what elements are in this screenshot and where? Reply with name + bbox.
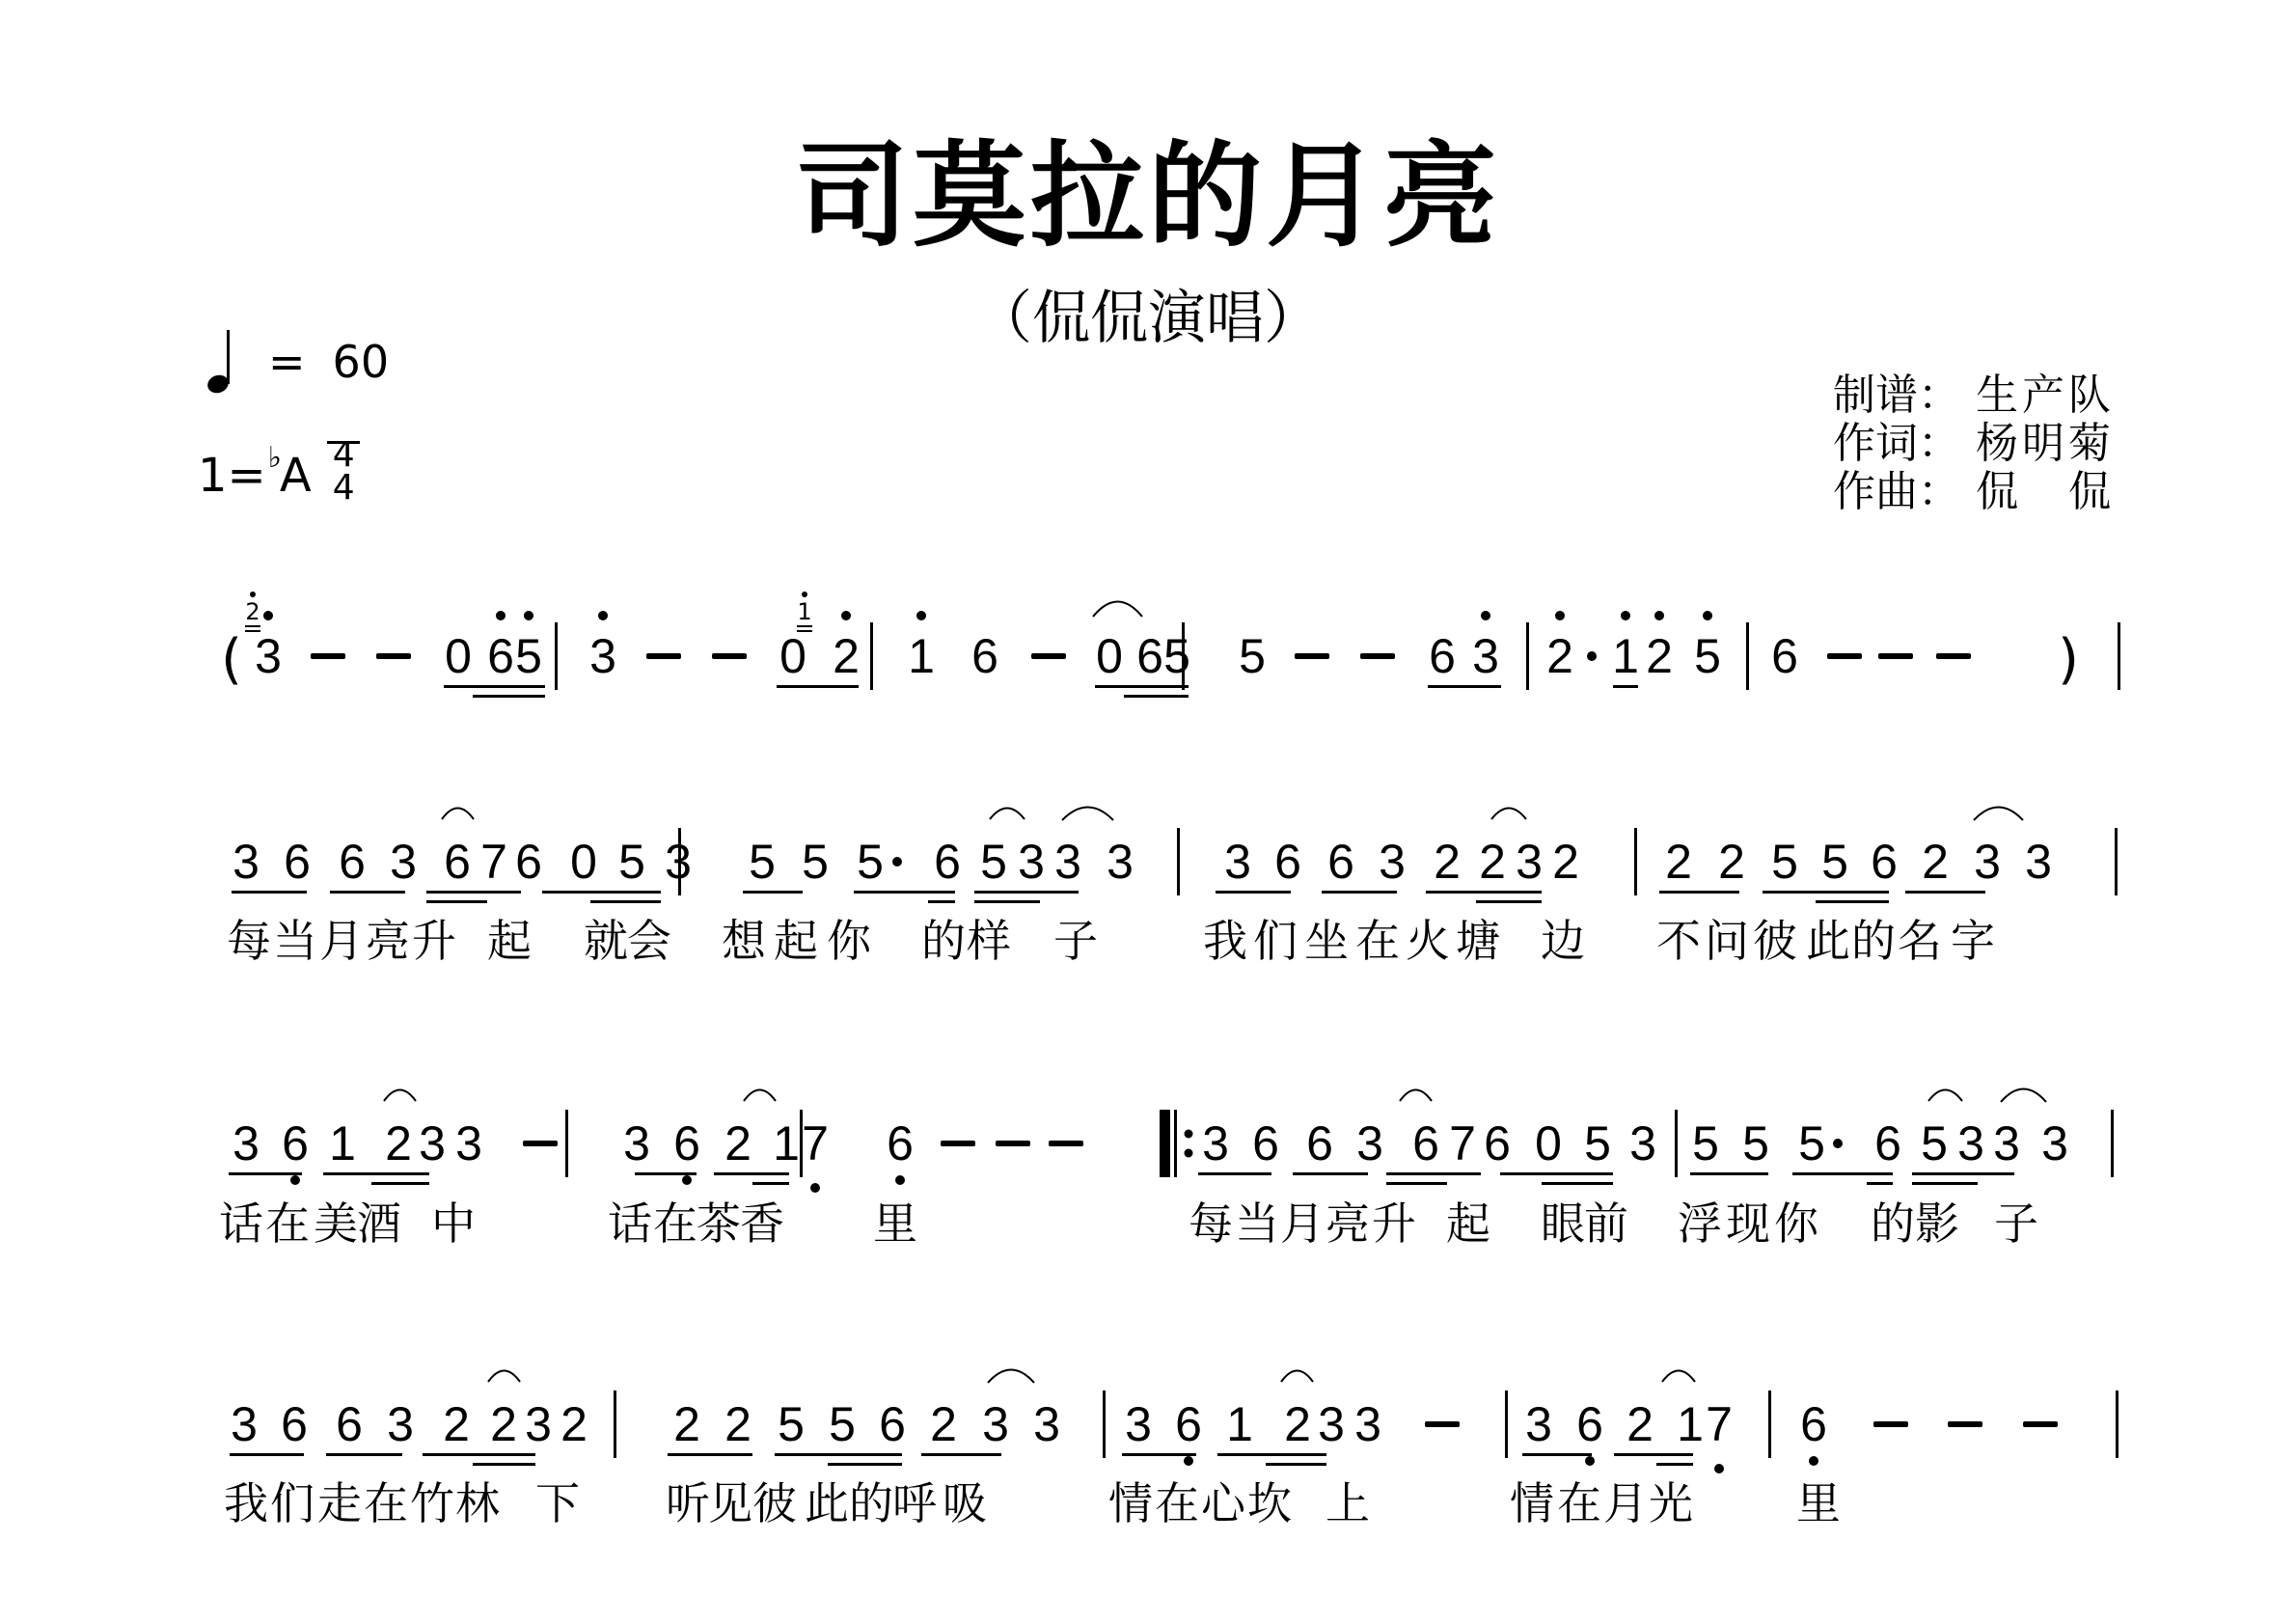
beam-underline [1217, 1453, 1326, 1456]
lyric-char: 升 [412, 914, 456, 968]
beam-underline [1122, 1453, 1196, 1456]
lyric-char: 吸 [943, 1476, 987, 1530]
bar-line [1526, 622, 1529, 690]
octave-dot-low [810, 1183, 820, 1193]
lyric-char: 当 [1235, 1197, 1279, 1251]
bar-line [614, 1390, 616, 1458]
parenthesis: ( [221, 631, 242, 689]
octave-dot-high [1654, 611, 1664, 620]
lyric-char: 竹 [410, 1476, 454, 1530]
lyric-char: 就 [584, 914, 628, 968]
lyric-char: 眼 [1541, 1197, 1585, 1251]
note: 5 [1795, 1115, 1828, 1172]
lyric-char: 的 [921, 914, 966, 968]
beam-underline [1095, 685, 1189, 688]
time-divider [327, 441, 360, 444]
beam-underline [777, 685, 859, 688]
note: 5 [977, 833, 1010, 891]
note: 3 [252, 627, 285, 685]
lyric-char: 子 [1994, 1197, 2038, 1251]
lyric-char: 你 [1774, 1197, 1818, 1251]
repeat-dot [1185, 1149, 1193, 1158]
tempo-marking: = 60 [203, 328, 389, 396]
note: 6 [876, 1395, 909, 1453]
grace-note: 2 [245, 600, 260, 623]
note: 6 [512, 833, 545, 891]
beam-underline [542, 891, 661, 894]
note: 3 [384, 1395, 417, 1453]
lyric-char: 酒 [357, 1197, 401, 1251]
note: 7 [1703, 1395, 1736, 1453]
note: 5 [1768, 833, 1801, 891]
lyric-char: 此 [805, 1476, 849, 1530]
octave-dot-high [524, 611, 533, 620]
dash-extension [712, 653, 747, 659]
note: 5 [1689, 1115, 1722, 1172]
note: 3 [1522, 1395, 1555, 1453]
note: 0 [442, 627, 475, 685]
note: 5 [615, 833, 648, 891]
note: 3 [230, 1115, 262, 1172]
lyric-char: 在 [1155, 1476, 1199, 1530]
beam-underline [1198, 1172, 1271, 1175]
lyric-char: 心 [1201, 1476, 1245, 1530]
note: 3 [1954, 1115, 1987, 1172]
tempo-equals: = [268, 336, 306, 388]
lyric-char: 当 [273, 914, 317, 968]
lyric-char: 每 [227, 914, 271, 968]
note: 5 [1918, 1115, 1951, 1172]
lyric-char: 听 [666, 1476, 710, 1530]
bar-line [1505, 1390, 1508, 1458]
lyric-char: 在 [265, 1197, 310, 1251]
octave-dot-low [1585, 1456, 1595, 1466]
slur [1927, 1087, 1963, 1101]
lyric-char: 话 [608, 1197, 652, 1251]
bar-line [678, 828, 681, 895]
key-signature: 1= ♭ A 4 4 [198, 449, 355, 505]
dash-extension [1049, 1141, 1083, 1146]
beam-underline [1426, 891, 1542, 894]
note: 3 [416, 1115, 449, 1172]
lyric-char: 在 [1355, 914, 1400, 968]
beam-underline [326, 1453, 402, 1456]
lyric-char: 起 [774, 914, 818, 968]
dash-extension [2023, 1421, 2058, 1427]
dash-extension [1425, 1421, 1460, 1427]
note: 0 [1093, 627, 1126, 685]
credit-row: 作词：杨明菊 [1833, 420, 2111, 468]
lyric-char: 光 [1649, 1476, 1693, 1530]
bar-line [1675, 1110, 1678, 1177]
note: 5 [1739, 1115, 1772, 1172]
note: 6 [333, 1395, 366, 1453]
note: 3 [1104, 833, 1136, 891]
time-top: 4 [333, 439, 355, 472]
dash-extension [1295, 653, 1329, 659]
dash-extension [1936, 653, 1971, 659]
lyric-char: 月 [319, 914, 364, 968]
dash-extension [376, 653, 411, 659]
lyric-char: 月 [1280, 1197, 1325, 1251]
note: 6 [1868, 833, 1900, 891]
note: 2 [722, 1115, 754, 1172]
octave-dot-low [682, 1175, 692, 1185]
note: 7 [1446, 1115, 1479, 1172]
note: 1 [326, 1115, 359, 1172]
lyric-char: 亮 [366, 914, 410, 968]
lyric-char: 话 [219, 1197, 263, 1251]
lyric-char: 你 [827, 914, 871, 968]
octave-dot-high [1621, 611, 1630, 620]
note: 6 [1325, 833, 1357, 891]
lyric-char: 前 [1584, 1197, 1628, 1251]
note: 2 [558, 1395, 590, 1453]
note: 3 [1221, 833, 1254, 891]
beam-underline [426, 900, 487, 903]
bar-line [1103, 1390, 1106, 1458]
note: 5 [1691, 627, 1724, 685]
slur [2000, 1087, 2047, 1103]
note: 6 [1172, 1395, 1205, 1453]
note: 3 [522, 1395, 555, 1453]
beam-underline [1522, 1453, 1592, 1456]
bar-line [2111, 1110, 2114, 1177]
beam-underline [230, 1453, 304, 1456]
note: 2 [1919, 833, 1952, 891]
dash-extension [1873, 1421, 1908, 1427]
beam-underline [1659, 891, 1739, 894]
note: 5 [826, 1395, 859, 1453]
lyric-char: 在 [1557, 1476, 1601, 1530]
slur [743, 1087, 777, 1101]
dash-extension [1878, 653, 1913, 659]
beam-underline [473, 695, 545, 698]
beam-underline [1816, 900, 1889, 903]
beam-underline [854, 891, 955, 894]
parenthesis: ) [2058, 631, 2079, 689]
note: 2 [830, 627, 862, 685]
beam-underline [1322, 891, 1397, 894]
lyric-char: 起 [1446, 1197, 1490, 1251]
slur [487, 1368, 521, 1382]
credit-value: 侃侃 [1976, 468, 2111, 516]
lyric-char: 彼 [752, 1476, 797, 1530]
note: 3 [2038, 1115, 2071, 1172]
lyric-char: 塘 [1456, 914, 1500, 968]
note: 5 [854, 833, 887, 891]
note: 6 [278, 1395, 311, 1453]
beam-underline [974, 891, 1079, 894]
lyric-char: 在 [364, 1476, 408, 1530]
credit-value: 杨明菊 [1976, 420, 2111, 468]
slur [989, 806, 1025, 819]
lyric-char: 们 [270, 1476, 314, 1530]
note: 3 [1513, 833, 1545, 891]
note: 7 [799, 1115, 832, 1172]
bar-line [2118, 622, 2120, 690]
lyric-char: 亮 [1326, 1197, 1370, 1251]
beam-underline [974, 900, 1040, 903]
note: 3 [1469, 627, 1502, 685]
credit-value: 生产队 [1976, 372, 2111, 420]
beam-underline [371, 1182, 429, 1185]
note: 2 [382, 1115, 415, 1172]
slur [1092, 600, 1143, 618]
note: 5 [799, 833, 832, 891]
lyric-char: 情 [1108, 1476, 1153, 1530]
beam-underline [928, 900, 955, 903]
credit-label: 制谱： [1833, 372, 1976, 420]
credit-label: 作词： [1833, 420, 1976, 468]
note: 3 [452, 1115, 485, 1172]
note: 6 [1768, 627, 1801, 685]
slur [1490, 806, 1527, 819]
dash-extension [996, 1141, 1030, 1146]
note: 6 [884, 1115, 916, 1172]
bar-line [555, 622, 558, 690]
bar-line [1182, 622, 1185, 690]
lyric-char: 浮 [1678, 1197, 1722, 1251]
beam-underline [1614, 1453, 1693, 1456]
beam-underline [1124, 695, 1189, 698]
grace-note: 1 [797, 600, 811, 623]
bar-line [1768, 1390, 1771, 1458]
credit-row: 制谱：生产队 [1833, 372, 2111, 420]
augmentation-dot [892, 857, 902, 867]
bar-line [1634, 828, 1637, 895]
slur [1973, 806, 2024, 821]
octave-dot-low [1184, 1456, 1193, 1466]
lyric-char: 问 [1705, 914, 1749, 968]
lyric-char: 升 [1372, 1197, 1416, 1251]
note: 6 [336, 833, 369, 891]
beam-underline [473, 1463, 535, 1466]
dash-extension [1031, 653, 1066, 659]
lyric-char: 想 [722, 914, 766, 968]
lyric-char: 我 [224, 1476, 268, 1530]
note: 6 [441, 833, 474, 891]
octave-dot-high [1703, 611, 1712, 620]
note: 5 [1161, 627, 1193, 685]
note: 2 [1549, 833, 1582, 891]
credit-label: 作曲： [1833, 468, 1976, 516]
repeat-dot [1185, 1130, 1193, 1139]
lyric-char: 上 [1326, 1476, 1370, 1530]
note: 3 [387, 833, 420, 891]
repeat-start-thin-bar [1174, 1110, 1177, 1177]
note: 3 [1199, 1115, 1232, 1172]
beam-underline [1542, 1182, 1613, 1185]
lyric-char: 林 [455, 1476, 500, 1530]
note: 2 [1715, 833, 1748, 891]
note: 2 [1476, 833, 1509, 891]
lyric-char: 下 [535, 1476, 580, 1530]
beam-underline [1792, 1172, 1893, 1175]
dash-extension [646, 653, 681, 659]
lyric-char: 月 [1603, 1476, 1648, 1530]
beam-underline [714, 1172, 789, 1175]
beam-underline [1912, 1172, 2014, 1175]
beam-underline [635, 1172, 697, 1175]
slur [987, 1368, 1035, 1384]
note: 3 [2022, 833, 2055, 891]
beam-underline [1386, 1172, 1481, 1175]
key-prefix: 1= [198, 449, 266, 503]
note: 2 [1431, 833, 1463, 891]
beam-underline [1386, 1182, 1447, 1185]
lyric-char: 走 [317, 1476, 362, 1530]
note: 3 [1376, 833, 1408, 891]
lyric-char: 字 [1951, 914, 1995, 968]
note: 5 [775, 1395, 807, 1453]
beam-underline [743, 891, 803, 894]
augmentation-dot [1587, 651, 1597, 661]
note: 3 [1353, 1115, 1386, 1172]
beam-underline [229, 1172, 302, 1175]
note: 3 [228, 1395, 260, 1453]
quarter-note-icon [203, 328, 241, 396]
octave-dot-high [263, 611, 273, 620]
lyric-char: 子 [1053, 914, 1098, 968]
note: 6 [1426, 627, 1459, 685]
note: 3 [1052, 833, 1084, 891]
beam-underline [1867, 1182, 1893, 1185]
note: 1 [1223, 1395, 1256, 1453]
note: 3 [1122, 1395, 1155, 1453]
octave-dot-high [916, 611, 926, 620]
bar-line [870, 622, 873, 690]
note: 3 [230, 833, 262, 891]
beam-underline [1293, 1172, 1368, 1175]
bar-line [2115, 828, 2118, 895]
beam-underline [775, 1453, 902, 1456]
lyric-char: 样 [967, 914, 1011, 968]
beam-underline [1476, 900, 1542, 903]
key-tonic: A [280, 449, 312, 503]
lyric-char: 见 [708, 1476, 752, 1530]
beam-underline [752, 1182, 789, 1185]
dash-extension [1827, 653, 1862, 659]
lyric-char: 茶 [697, 1197, 741, 1251]
note: 2 [1281, 1395, 1314, 1453]
slur [1280, 1368, 1314, 1382]
lyric-char: 的 [1871, 1197, 1915, 1251]
note: 2 [1643, 627, 1676, 685]
beam-underline [1905, 891, 1985, 894]
lyric-char: 中 [431, 1197, 476, 1251]
note: 6 [1249, 1115, 1282, 1172]
note: 5 [1818, 833, 1851, 891]
lyric-char: 情 [1510, 1476, 1554, 1530]
beam-underline [423, 1453, 535, 1456]
octave-dot [250, 592, 256, 597]
beam-underline [1763, 891, 1889, 894]
octave-dot-high [598, 611, 608, 620]
lyric-char: 坐 [1304, 914, 1349, 968]
lyric-char: 现 [1726, 1197, 1770, 1251]
lyric-char: 的 [1851, 914, 1896, 968]
bar-line [1177, 828, 1180, 895]
beam-underline [330, 891, 405, 894]
octave-dot [802, 592, 807, 597]
augmentation-dot [1833, 1139, 1843, 1148]
note: 3 [979, 1395, 1012, 1453]
note: 6 [279, 1115, 312, 1172]
note: 6 [1573, 1395, 1606, 1453]
dash-extension [523, 1141, 558, 1146]
note: 6 [1303, 1115, 1336, 1172]
lyric-char: 香 [740, 1197, 784, 1251]
slur [1399, 1087, 1433, 1101]
note: 3 [1971, 833, 2004, 891]
slur [383, 1087, 417, 1101]
note: 3 [1030, 1395, 1063, 1453]
beam-underline [1912, 1182, 1978, 1185]
beam-underline [1266, 1463, 1326, 1466]
bar-line [800, 1110, 803, 1177]
beam-underline [1500, 1172, 1613, 1175]
note: 1 [1609, 627, 1642, 685]
note: 6 [1409, 1115, 1442, 1172]
dash-extension [311, 653, 345, 659]
beam-underline [1613, 685, 1638, 688]
beam-underline [1216, 891, 1291, 894]
note: 1 [770, 1115, 803, 1172]
lyric-char: 火 [1406, 914, 1450, 968]
note: 2 [927, 1395, 960, 1453]
beam-underline [1428, 685, 1501, 688]
note: 3 [1315, 1395, 1348, 1453]
credits: 制谱：生产队作词：杨明菊作曲：侃侃 [1833, 372, 2111, 516]
note: 2 [1544, 627, 1576, 685]
note: 2 [1624, 1395, 1656, 1453]
note: 0 [777, 627, 809, 685]
note: 1 [905, 627, 938, 685]
dash-extension [1948, 1421, 1982, 1427]
lyric-char: 起 [487, 914, 532, 968]
lyric-char: 在 [653, 1197, 697, 1251]
lyric-char: 里 [873, 1197, 917, 1251]
note: 6 [281, 833, 314, 891]
note: 6 [1797, 1395, 1830, 1453]
bar-line [2116, 1390, 2118, 1458]
note: 3 [587, 627, 619, 685]
tempo-bpm: 60 [333, 336, 390, 388]
note: 6 [1271, 833, 1304, 891]
octave-dot-low [290, 1175, 300, 1185]
note: 6 [1481, 1115, 1514, 1172]
lyric-char: 每 [1189, 1197, 1233, 1251]
beam-underline [590, 900, 661, 903]
note: 5 [1236, 627, 1269, 685]
lyric-char: 名 [1898, 914, 1942, 968]
note: 5 [1581, 1115, 1614, 1172]
octave-dot-high [1481, 611, 1490, 620]
beam-underline [1656, 1463, 1693, 1466]
note: 3 [1626, 1115, 1659, 1172]
note: 0 [567, 833, 600, 891]
lyric-char: 美 [314, 1197, 358, 1251]
lyric-char: 呼 [892, 1476, 937, 1530]
note: 6 [670, 1115, 703, 1172]
lyric-char: 彼 [1753, 914, 1797, 968]
note: 3 [1352, 1395, 1384, 1453]
octave-dot-low [895, 1175, 905, 1185]
lyric-char: 影 [1915, 1197, 1959, 1251]
octave-dot-low [1714, 1464, 1724, 1473]
beam-underline [921, 1453, 1001, 1456]
